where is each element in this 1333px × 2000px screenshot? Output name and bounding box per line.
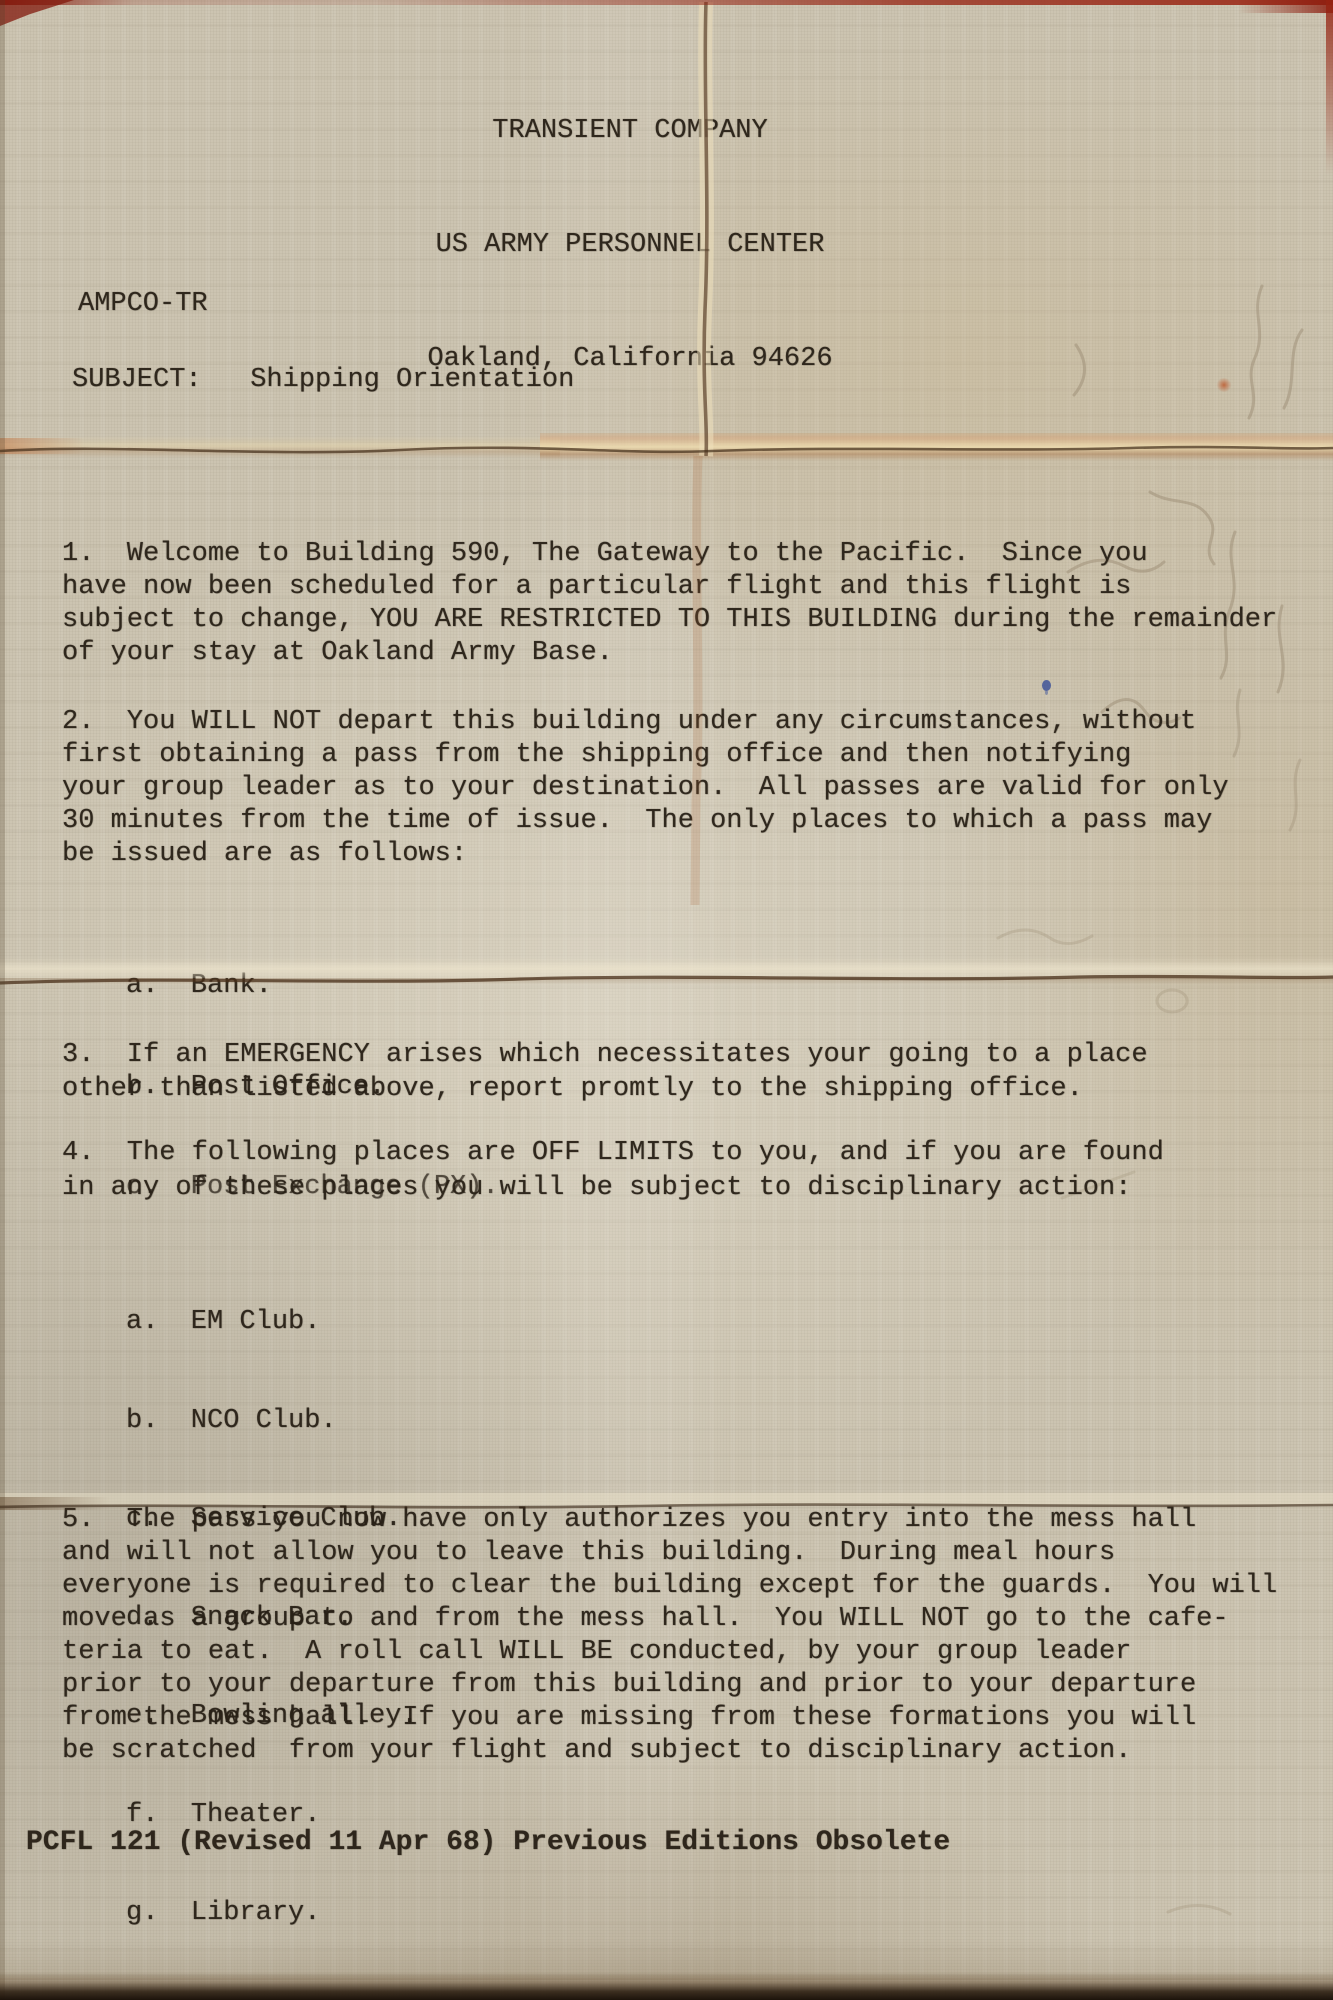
paragraph-2: 2. You WILL NOT depart this building und… [62,706,1333,871]
rust-spot [1216,378,1232,392]
list-item: a. Bank. [126,969,499,1004]
office-symbol: AMPCO-TR [78,288,208,321]
top-edge-stain [0,0,1333,5]
paragraph-3: 3. If an EMERGENCY arises which necessit… [62,1038,1333,1106]
paragraph-1: 1. Welcome to Building 590, The Gateway … [62,538,1333,670]
fold-crease-upper-rust-left [0,438,85,454]
subject-line: SUBJECT: Shipping Orientation [72,364,574,397]
list-item: b. NCO Club. [126,1405,418,1438]
letterhead-center: US ARMY PERSONNEL CENTER [390,226,870,264]
form-footer: PCFL 121 (Revised 11 Apr 68) Previous Ed… [26,1826,950,1859]
list-item: a. EM Club. [126,1306,418,1339]
blue-ink-dot [1042,680,1051,691]
document-scan: TRANSIENT COMPANY US ARMY PERSONNEL CENT… [0,0,1333,2000]
list-item: g. Library. [126,1897,418,1930]
letterhead-unit: TRANSIENT COMPANY [390,112,870,150]
paragraph-5: 5. The pass you now have only authorizes… [62,1504,1333,1768]
top-right-corner-stain [1238,0,1333,13]
right-edge-stain [1326,0,1333,175]
left-edge-shadow [0,0,5,2000]
top-left-corner-stain [0,0,74,26]
paragraph-4: 4. The following places are OFF LIMITS t… [62,1136,1333,1206]
